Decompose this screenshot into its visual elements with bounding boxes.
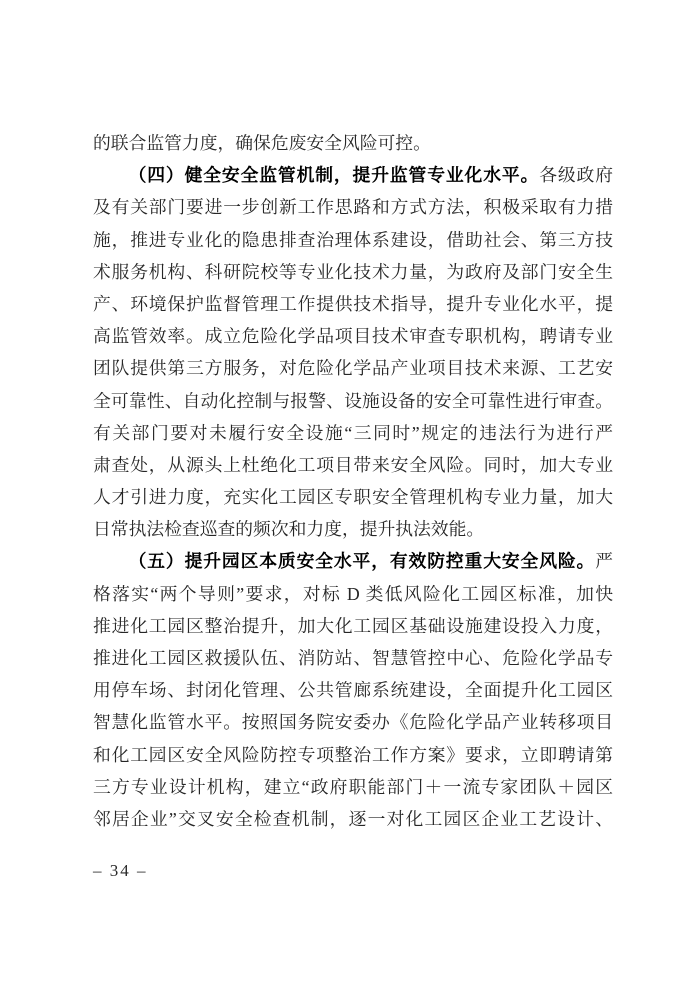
body-segment: 及有关部门要进一步创新工作思路和方式方法，积极采取有力措 (93, 197, 613, 217)
text-line: 格落实“两个导则”要求，对标 D 类低风险化工园区标准，加快 (93, 578, 613, 610)
body-segment: 格落实“两个导则”要求，对标 D 类低风险化工园区标准，加快 (93, 584, 613, 604)
document-page: 的联合监管力度，确保危废安全风险可控。 （四）健全安全监管机制，提升监管专业化水… (0, 0, 700, 990)
text-line: 邻居企业”交叉安全检查机制，逐一对化工园区企业工艺设计、 (93, 803, 613, 835)
heading-segment: （五）提升园区本质安全水平，有效防控重大安全风险。 (129, 551, 596, 571)
text-line: 用停车场、封闭化管理、公共管廊系统建设，全面提升化工园区 (93, 674, 613, 706)
body-segment: 三方专业设计机构，建立“政府职能部门＋一流专家团队＋园区 (93, 777, 613, 797)
text-line: 人才引进力度，充实化工园区专职安全管理机构专业力量，加大 (93, 481, 613, 513)
text-line: 推进化工园区整治提升，加大化工园区基础设施建设投入力度， (93, 610, 613, 642)
body-segment: 严 (595, 551, 613, 571)
body-segment: 和化工园区安全风险防控专项整治工作方案》要求，立即聘请第 (93, 745, 613, 765)
page-number: – 34 – (93, 861, 148, 881)
text-line: 和化工园区安全风险防控专项整治工作方案》要求，立即聘请第 (93, 739, 613, 771)
body-segment: 推进化工园区救援队伍、消防站、智慧管控中心、危险化学品专 (93, 648, 613, 668)
text-line: 团队提供第三方服务，对危险化学品产业项目技术来源、工艺安 (93, 352, 613, 384)
body-segment: 产、环境保护监督管理工作提供技术指导，提升专业化水平，提 (93, 294, 613, 314)
body-segment: 团队提供第三方服务，对危险化学品产业项目技术来源、工艺安 (93, 358, 613, 378)
body-segment: 高监管效率。成立危险化学品项目技术审查专职机构，聘请专业 (93, 326, 613, 346)
body-segment: 的联合监管力度，确保危废安全风险可控。 (93, 133, 431, 153)
text-line: 日常执法检查巡查的频次和力度，提升执法效能。 (93, 513, 613, 545)
text-line: 有关部门要对未履行安全设施“三同时”规定的违法行为进行严 (93, 417, 613, 449)
text-line: 智慧化监管水平。按照国务院安委办《危险化学品产业转移项目 (93, 706, 613, 738)
text-line: 施，推进专业化的隐患排查治理体系建设，借助社会、第三方技 (93, 224, 613, 256)
body-segment: 人才引进力度，充实化工园区专职安全管理机构专业力量，加大 (93, 487, 613, 507)
text-line: 肃查处，从源头上杜绝化工项目带来安全风险。同时，加大专业 (93, 449, 613, 481)
body-segment: 用停车场、封闭化管理、公共管廊系统建设，全面提升化工园区 (93, 680, 613, 700)
text-line: （四）健全安全监管机制，提升监管专业化水平。各级政府 (93, 159, 613, 191)
body-segment: 推进化工园区整治提升，加大化工园区基础设施建设投入力度， (93, 616, 613, 636)
body-segment: 肃查处，从源头上杜绝化工项目带来安全风险。同时，加大专业 (93, 455, 613, 475)
body-segment: 有关部门要对未履行安全设施“三同时”规定的违法行为进行严 (93, 423, 613, 443)
text-line: 产、环境保护监督管理工作提供技术指导，提升专业化水平，提 (93, 288, 613, 320)
body-segment: 全可靠性、自动化控制与报警、设施设备的安全可靠性进行审查。 (93, 391, 613, 411)
body-segment: 邻居企业”交叉安全检查机制，逐一对化工园区企业工艺设计、 (93, 809, 613, 829)
body-segment: 术服务机构、科研院校等专业化技术力量，为政府及部门安全生 (93, 262, 613, 282)
body-segment: 日常执法检查巡查的频次和力度，提升执法效能。 (93, 519, 484, 539)
text-line: 高监管效率。成立危险化学品项目技术审查专职机构，聘请专业 (93, 320, 613, 352)
text-line: 的联合监管力度，确保危废安全风险可控。 (93, 127, 613, 159)
text-line: 三方专业设计机构，建立“政府职能部门＋一流专家团队＋园区 (93, 771, 613, 803)
heading-segment: （四）健全安全监管机制，提升监管专业化水平。 (129, 165, 540, 185)
body-segment: 施，推进专业化的隐患排查治理体系建设，借助社会、第三方技 (93, 230, 613, 250)
text-line: 推进化工园区救援队伍、消防站、智慧管控中心、危险化学品专 (93, 642, 613, 674)
text-line: 及有关部门要进一步创新工作思路和方式方法，积极采取有力措 (93, 191, 613, 223)
text-line: （五）提升园区本质安全水平，有效防控重大安全风险。严 (93, 545, 613, 577)
text-line: 全可靠性、自动化控制与报警、设施设备的安全可靠性进行审查。 (93, 385, 613, 417)
body-segment: 各级政府 (539, 165, 613, 185)
body-segment: 智慧化监管水平。按照国务院安委办《危险化学品产业转移项目 (93, 712, 613, 732)
text-line: 术服务机构、科研院校等专业化技术力量，为政府及部门安全生 (93, 256, 613, 288)
document-body: 的联合监管力度，确保危废安全风险可控。 （四）健全安全监管机制，提升监管专业化水… (93, 127, 613, 835)
